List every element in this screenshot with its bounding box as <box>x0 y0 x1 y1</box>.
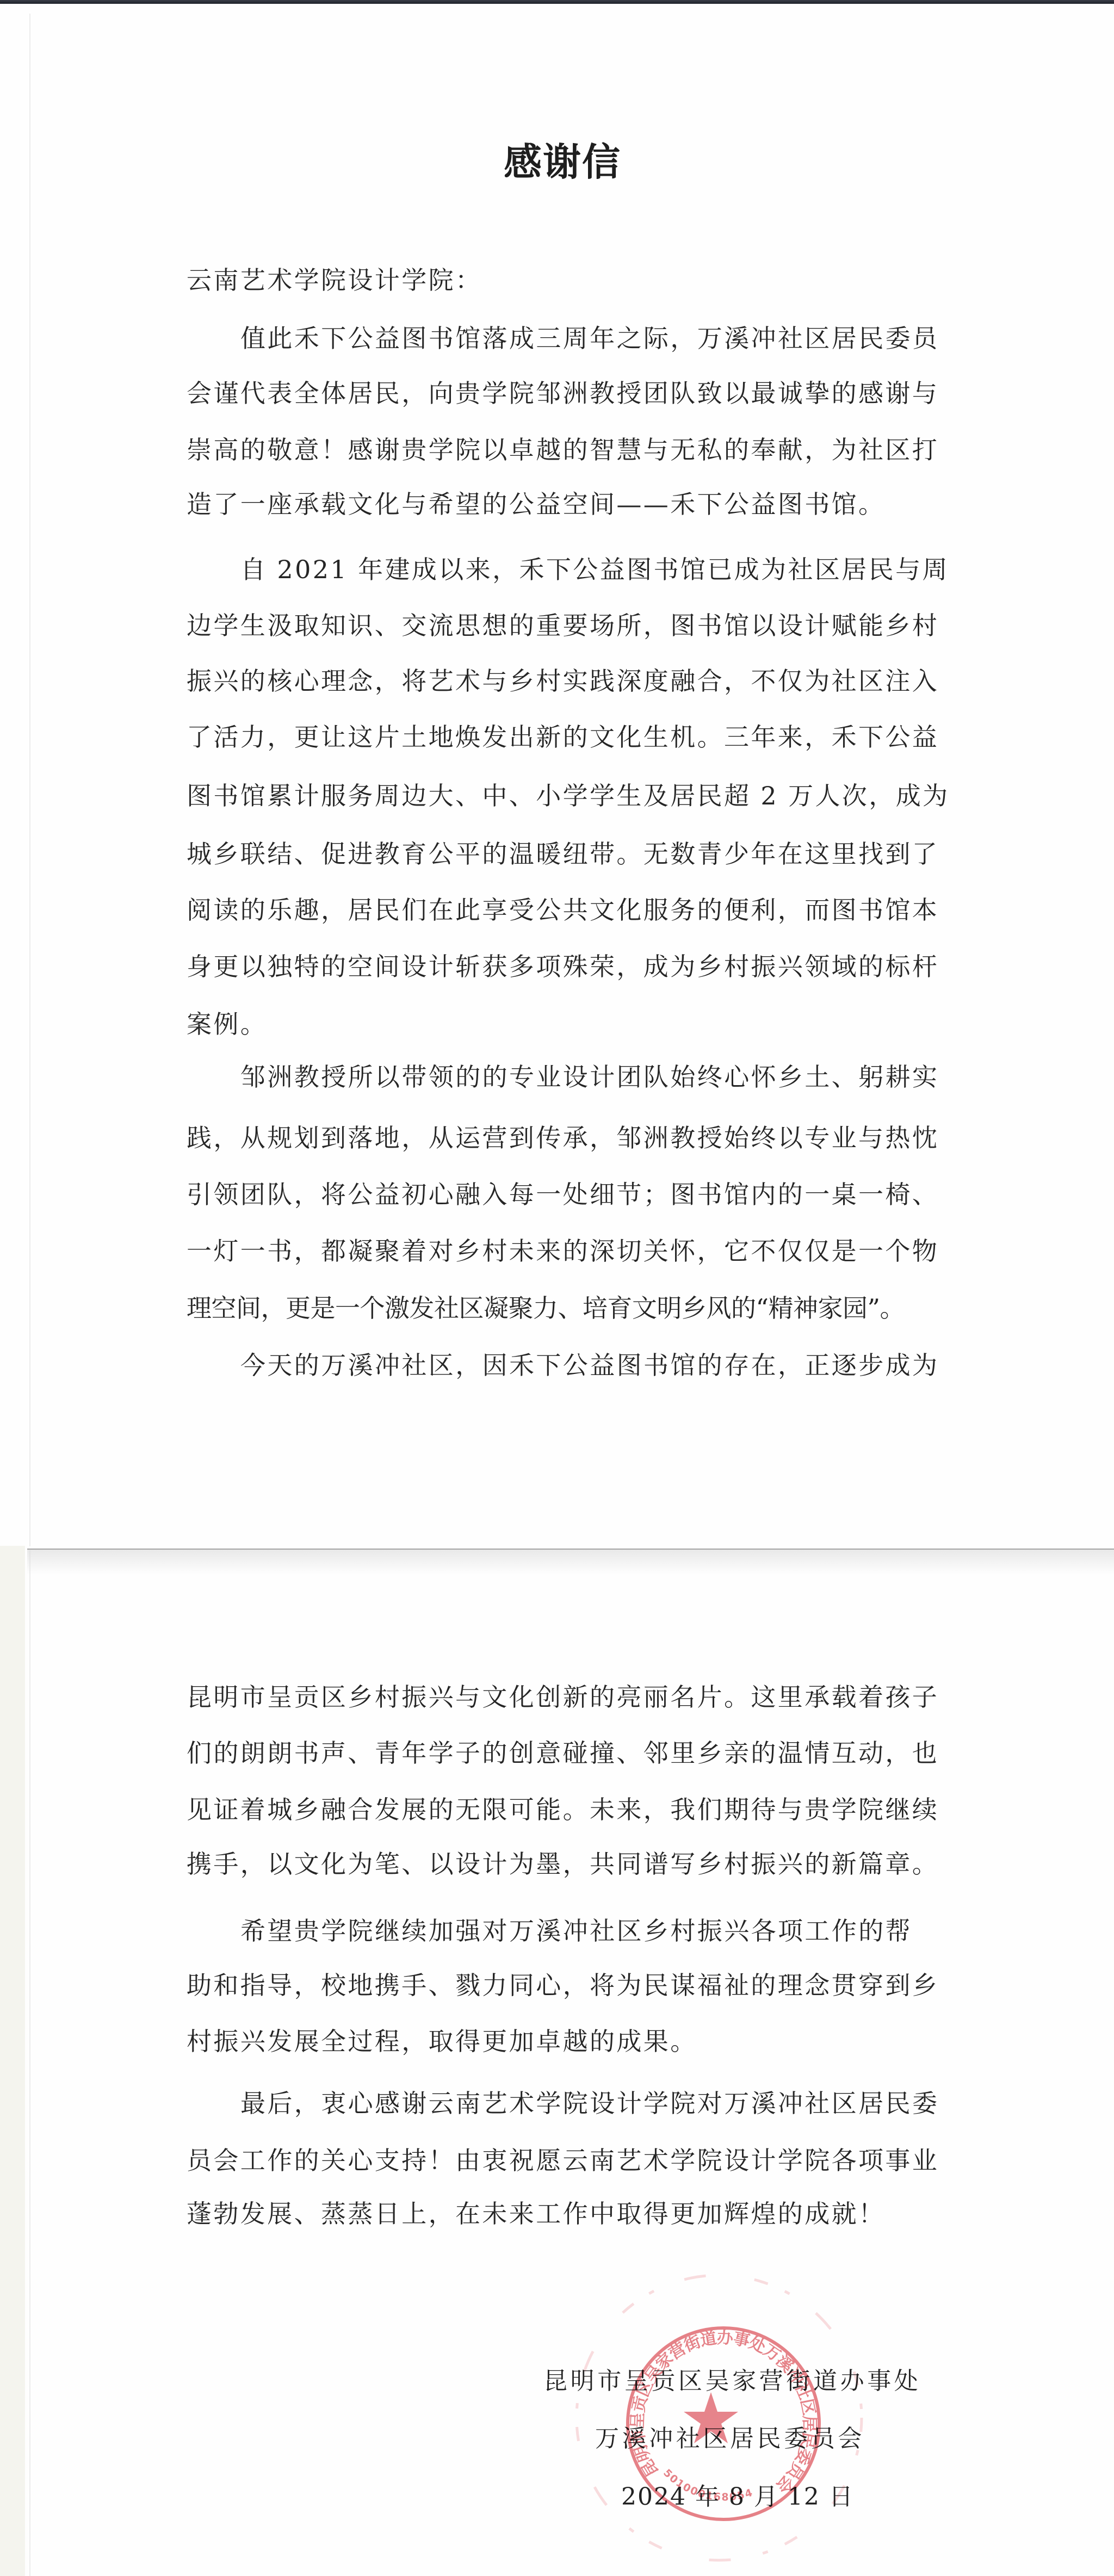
paragraph-line: 一灯一书，都凝聚着对乡村未来的深切关怀，它不仅仅是一个物 <box>187 1235 939 1267</box>
paragraph-line: 见证着城乡融合发展的无限可能。未来，我们期待与贵学院继续 <box>187 1793 939 1826</box>
letter-title: 感谢信 <box>0 137 1114 187</box>
issuer-line-2: 万溪冲社区居民委员会 <box>595 2423 865 2455</box>
paragraph-line: 蓬勃发展、蒸蒸日上，在未来工作中取得更加辉煌的成就！ <box>187 2197 885 2230</box>
paragraph-line: 振兴的核心理念，将艺术与乡村实践深度融合，不仅为社区注入 <box>187 665 939 697</box>
paragraph-line: 最后，衷心感谢云南艺术学院设计学院对万溪冲社区居民委 <box>240 2087 939 2120</box>
paragraph-line: 希望贵学院继续加强对万溪冲社区乡村振兴各项工作的帮 <box>240 1915 912 1947</box>
page-1-left-edge <box>29 14 30 1546</box>
page-break <box>27 1549 1114 1550</box>
scanner-top-edge <box>0 0 1114 4</box>
paragraph-line: 值此禾下公益图书馆落成三周年之际，万溪冲社区居民委员 <box>240 322 939 355</box>
paragraph-line: 城乡联结、促进教育公平的温暖纽带。无数青少年在这里找到了 <box>187 838 939 870</box>
paragraph-line: 们的朗朗书声、青年学子的创意碰撞、邻里乡亲的温情互动，也 <box>187 1737 939 1769</box>
paragraph-line: 案例。 <box>187 1008 267 1041</box>
paragraph-line: 昆明市呈贡区乡村振兴与文化创新的亮丽名片。这里承载着孩子 <box>187 1681 939 1713</box>
salutation: 云南艺术学院设计学院： <box>187 264 482 296</box>
paragraph-line: 图书馆累计服务周边大、中、小学学生及居民超 2 万人次，成为 <box>187 779 950 812</box>
paragraph-line: 身更以独特的空间设计斩获多项殊荣，成为乡村振兴领域的标杆 <box>187 950 939 983</box>
paragraph-line: 今天的万溪冲社区，因禾下公益图书馆的存在，正逐步成为 <box>240 1349 939 1382</box>
paragraph-line: 了活力，更让这片土地焕发出新的文化生机。三年来，禾下公益 <box>187 721 939 753</box>
paragraph-line: 崇高的敬意！感谢贵学院以卓越的智慧与无私的奉献，为社区打 <box>187 434 939 466</box>
paragraph-line: 理空间，更是一个激发社区凝聚力、培育文明乡风的“精神家园”。 <box>187 1292 905 1324</box>
paragraph-line: 助和指导，校地携手、戮力同心，将为民谋福祉的理念贯穿到乡 <box>187 1969 939 2002</box>
paragraph-line: 践，从规划到落地，从运营到传承，邹洲教授始终以专业与热忱 <box>187 1122 939 1154</box>
paragraph-line: 引领团队，将公益初心融入每一处细节；图书馆内的一桌一椅、 <box>187 1178 939 1211</box>
seal-arc-text: 昆明市呈贡区吴家营街道办事处万溪冲社区居民委员会 <box>620 2316 831 2503</box>
seal-arc-textpath: 昆明市呈贡区吴家营街道办事处万溪冲社区居民委员会 <box>620 2316 831 2503</box>
paragraph-line: 阅读的乐趣，居民们在此享受公共文化服务的便利，而图书馆本 <box>187 894 939 926</box>
paragraph-line: 村振兴发展全过程，取得更加卓越的成果。 <box>187 2025 697 2058</box>
paragraph-line: 会谨代表全体居民，向贵学院邹洲教授团队致以最诚挚的感谢与 <box>187 377 939 410</box>
paragraph-line: 自 2021 年建成以来，禾下公益图书馆已成为社区居民与周 <box>240 553 949 586</box>
page-break-shadow <box>27 1550 1114 1575</box>
letter-date: 2024 年 8 月 12 日 <box>621 2481 854 2513</box>
letter-document: 感谢信 云南艺术学院设计学院： 值此禾下公益图书馆落成三周年之际，万溪冲社区居民… <box>0 0 1114 2576</box>
page-2-left-edge <box>29 1550 30 2576</box>
paragraph-line: 造了一座承载文化与希望的公益空间——禾下公益图书馆。 <box>187 488 885 521</box>
seal-ghost-impression <box>567 2265 871 2570</box>
paragraph-line: 携手，以文化为笔、以设计为墨，共同谱写乡村振兴的新篇章。 <box>187 1848 939 1880</box>
issuer-line-1: 昆明市呈贡区吴家营街道办事处 <box>543 2365 921 2398</box>
paragraph-line: 邹洲教授所以带领的的专业设计团队始终心怀乡土、躬耕实 <box>240 1061 939 1093</box>
paragraph-line: 边学生汲取知识、交流思想的重要场所，图书馆以设计赋能乡村 <box>187 609 939 642</box>
paragraph-line: 员会工作的关心支持！由衷祝愿云南艺术学院设计学院各项事业 <box>187 2144 939 2177</box>
page-2-left-margin-strip <box>0 1546 25 2576</box>
